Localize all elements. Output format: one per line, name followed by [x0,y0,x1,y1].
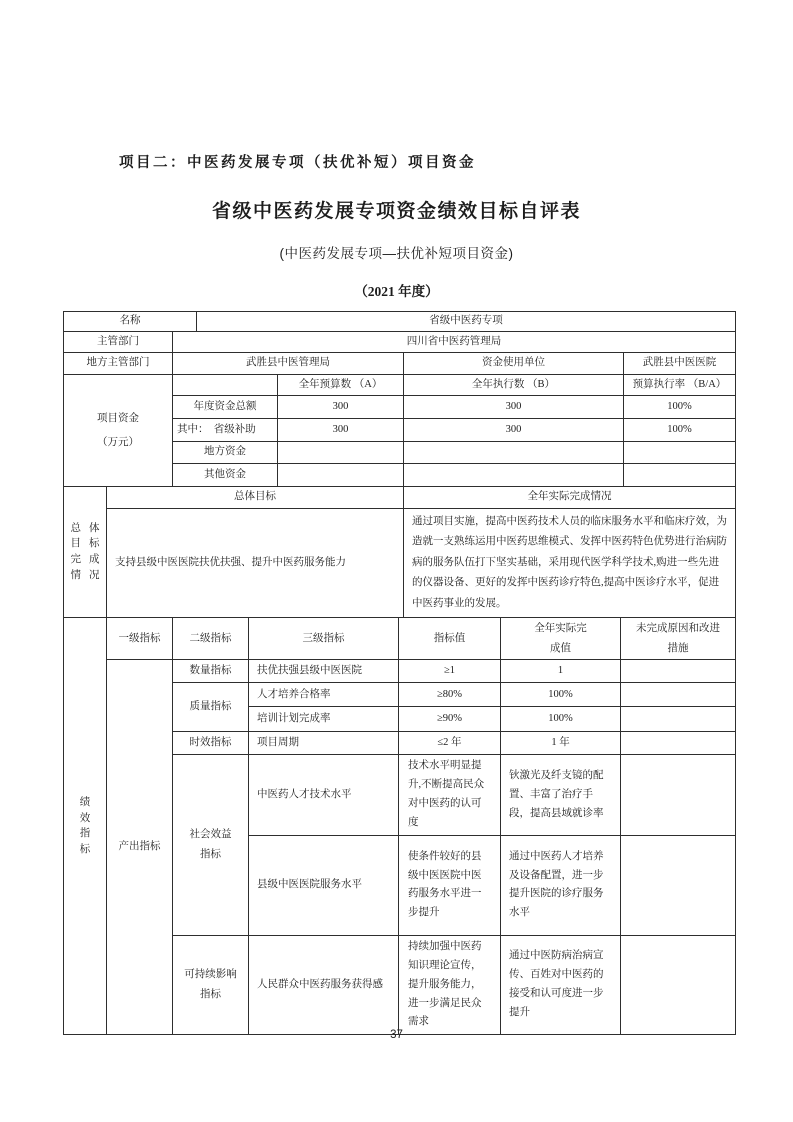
actual-text-cell: 通过项目实施，提高中医药技术人员的临床服务水平和临床疗效，为造就一支熟练运用中医… [404,509,736,618]
funding-budget-value [278,464,404,487]
indicator-value-cell: ≥1 [399,660,501,683]
basic-info-funding-table: 名称 省级中医药专项 主管部门 四川省中医药管理局 地方主管部门 武胜县中医管理… [63,311,736,487]
funding-exec-value: 300 [404,419,624,442]
vertical-label-column: 体标成况 [89,521,100,584]
local-dept-label-cell: 地方主管部门 [64,353,173,375]
table-row: 名称 省级中医药专项 [64,312,736,332]
funding-budget-value: 300 [278,396,404,419]
indicator-value-cell: 使条件较好的县级中医医院中医药服务水平进一步提升 [399,835,501,935]
budget-column-header: 全年预算数 （A） [278,375,404,396]
table-row: 项目资金 （万元） 全年预算数 （A） 全年执行数 （B） 预算执行率 （B/A… [64,375,736,396]
local-dept-value-cell: 武胜县中医管理局 [173,353,404,375]
level2-indicator-cell: 时效指标 [173,732,249,755]
fund-user-label-cell: 资金使用单位 [404,353,624,375]
table-row: 主管部门 四川省中医药管理局 [64,332,736,353]
table-row: 支持县级中医医院扶优扶强、提升中医药服务能力 通过项目实施，提高中医药技术人员的… [64,509,736,618]
vertical-label-column: 绩效指标 [80,795,91,858]
indicator-row: 产出指标 数量指标 扶优扶强县级中医医院 ≥1 1 [64,660,736,683]
indicator-actual-cell: 100% [501,683,621,707]
level3-indicator-cell: 培训计划完成率 [249,707,399,732]
funding-rate-value: 100% [624,419,736,442]
indicator-reason-cell [621,732,736,755]
overall-side-label-cell: 总目完情 体标成况 [64,487,107,618]
indicator-value-cell: ≥80% [399,683,501,707]
indicator-reason-cell [621,835,736,935]
level3-column-header: 三级指标 [249,618,399,660]
vertical-label: 总目完情 体标成况 [67,521,103,584]
funding-rate-value [624,464,736,487]
indicator-reason-cell [621,660,736,683]
level3-indicator-cell: 人民群众中医药服务获得感 [249,935,399,1034]
vertical-label-column: 总目完情 [71,521,82,584]
funding-budget-value [278,442,404,464]
level2-indicator-cell: 质量指标 [173,683,249,732]
name-value-cell: 省级中医药专项 [197,312,736,332]
indicator-value-cell: ≤2 年 [399,732,501,755]
overall-goal-table: 总目完情 体标成况 总体目标 全年实际完成情况 支持县级中医医院扶优扶强、提升中… [63,486,736,618]
indicators-side-label-cell: 绩效指标 [64,618,107,1035]
funding-row-label: 地方资金 [173,442,278,464]
indicator-actual-cell: 1 [501,660,621,683]
document-subtitle: (中医药发展专项—扶优补短项目资金) [0,242,793,262]
indicator-reason-cell [621,935,736,1034]
level2-column-header: 二级指标 [173,618,249,660]
indicator-actual-cell: 通过中医防病治病宣传、百姓对中医药的接受和认可度进一步提升 [501,935,621,1034]
project-heading: 项目二：中医药发展专项（扶优补短）项目资金 [119,151,476,172]
level3-indicator-cell: 扶优扶强县级中医医院 [249,660,399,683]
rate-column-header: 预算执行率 （B/A） [624,375,736,396]
document-page: 项目二：中医药发展专项（扶优补短）项目资金 省级中医药发展专项资金绩效目标自评表… [0,0,793,1122]
table-row: 总目完情 体标成况 总体目标 全年实际完成情况 [64,487,736,509]
dept-label-cell: 主管部门 [64,332,173,353]
funding-exec-value: 300 [404,396,624,419]
actual-column-header: 全年实际完成情况 [404,487,736,509]
indicator-actual-cell: 100% [501,707,621,732]
name-label-cell: 名称 [64,312,197,332]
table-row: 地方主管部门 武胜县中医管理局 资金使用单位 武胜县中医医院 [64,353,736,375]
level3-indicator-cell: 项目周期 [249,732,399,755]
indicator-actual-cell: 通过中医药人才培养及设备配置，进一步提升医院的诊疗服务水平 [501,835,621,935]
indicator-actual-cell: 1 年 [501,732,621,755]
indicator-header-row: 绩效指标 一级指标 二级指标 三级指标 指标值 全年实际完 成值 未完成原因和改… [64,618,736,660]
dept-value-cell: 四川省中医药管理局 [173,332,736,353]
funding-row-label: 年度资金总额 [173,396,278,419]
funding-exec-value [404,442,624,464]
level2-indicator-cell: 可持续影响 指标 [173,935,249,1034]
self-evaluation-table: 名称 省级中医药专项 主管部门 四川省中医药管理局 地方主管部门 武胜县中医管理… [63,311,735,1035]
fund-user-value-cell: 武胜县中医医院 [624,353,736,375]
vertical-label: 绩效指标 [67,795,103,858]
indicator-reason-cell [621,707,736,732]
execution-column-header: 全年执行数 （B） [404,375,624,396]
document-year: （2021 年度） [0,280,793,300]
actual-value-column-header: 全年实际完 成值 [501,618,621,660]
funding-row-label: 其中： 省级补助 [173,419,278,442]
funding-rate-value: 100% [624,396,736,419]
indicator-value-cell: 技术水平明显提升,不断提高民众对中医药的认可度 [399,755,501,836]
indicator-value-cell: ≥90% [399,707,501,732]
indicator-reason-cell [621,755,736,836]
level2-indicator-cell: 社会效益 指标 [173,755,249,936]
level1-indicator-cell: 产出指标 [107,660,173,1035]
empty-cell [173,375,278,396]
goal-column-header: 总体目标 [107,487,404,509]
level3-indicator-cell: 中医药人才技术水平 [249,755,399,836]
goal-text-cell: 支持县级中医医院扶优扶强、提升中医药服务能力 [107,509,404,618]
level2-indicator-cell: 数量指标 [173,660,249,683]
level1-column-header: 一级指标 [107,618,173,660]
page-number: 37 [0,1029,793,1041]
level3-indicator-cell: 人才培养合格率 [249,683,399,707]
funding-group-label-cell: 项目资金 （万元） [64,375,173,487]
indicator-value-cell: 持续加强中医药知识理论宣传，提升服务能力，进一步满足民众需求 [399,935,501,1034]
funding-rate-value [624,442,736,464]
indicator-reason-cell [621,683,736,707]
indicator-actual-cell: 钬激光及纤支镜的配置、丰富了治疗手段，提高县域就诊率 [501,755,621,836]
level3-indicator-cell: 县级中医医院服务水平 [249,835,399,935]
funding-exec-value [404,464,624,487]
funding-budget-value: 300 [278,419,404,442]
funding-row-label: 其他资金 [173,464,278,487]
value-column-header: 指标值 [399,618,501,660]
performance-indicators-table: 绩效指标 一级指标 二级指标 三级指标 指标值 全年实际完 成值 未完成原因和改… [63,617,736,1035]
document-title: 省级中医药发展专项资金绩效目标自评表 [0,196,793,223]
reason-column-header: 未完成原因和改进 措施 [621,618,736,660]
